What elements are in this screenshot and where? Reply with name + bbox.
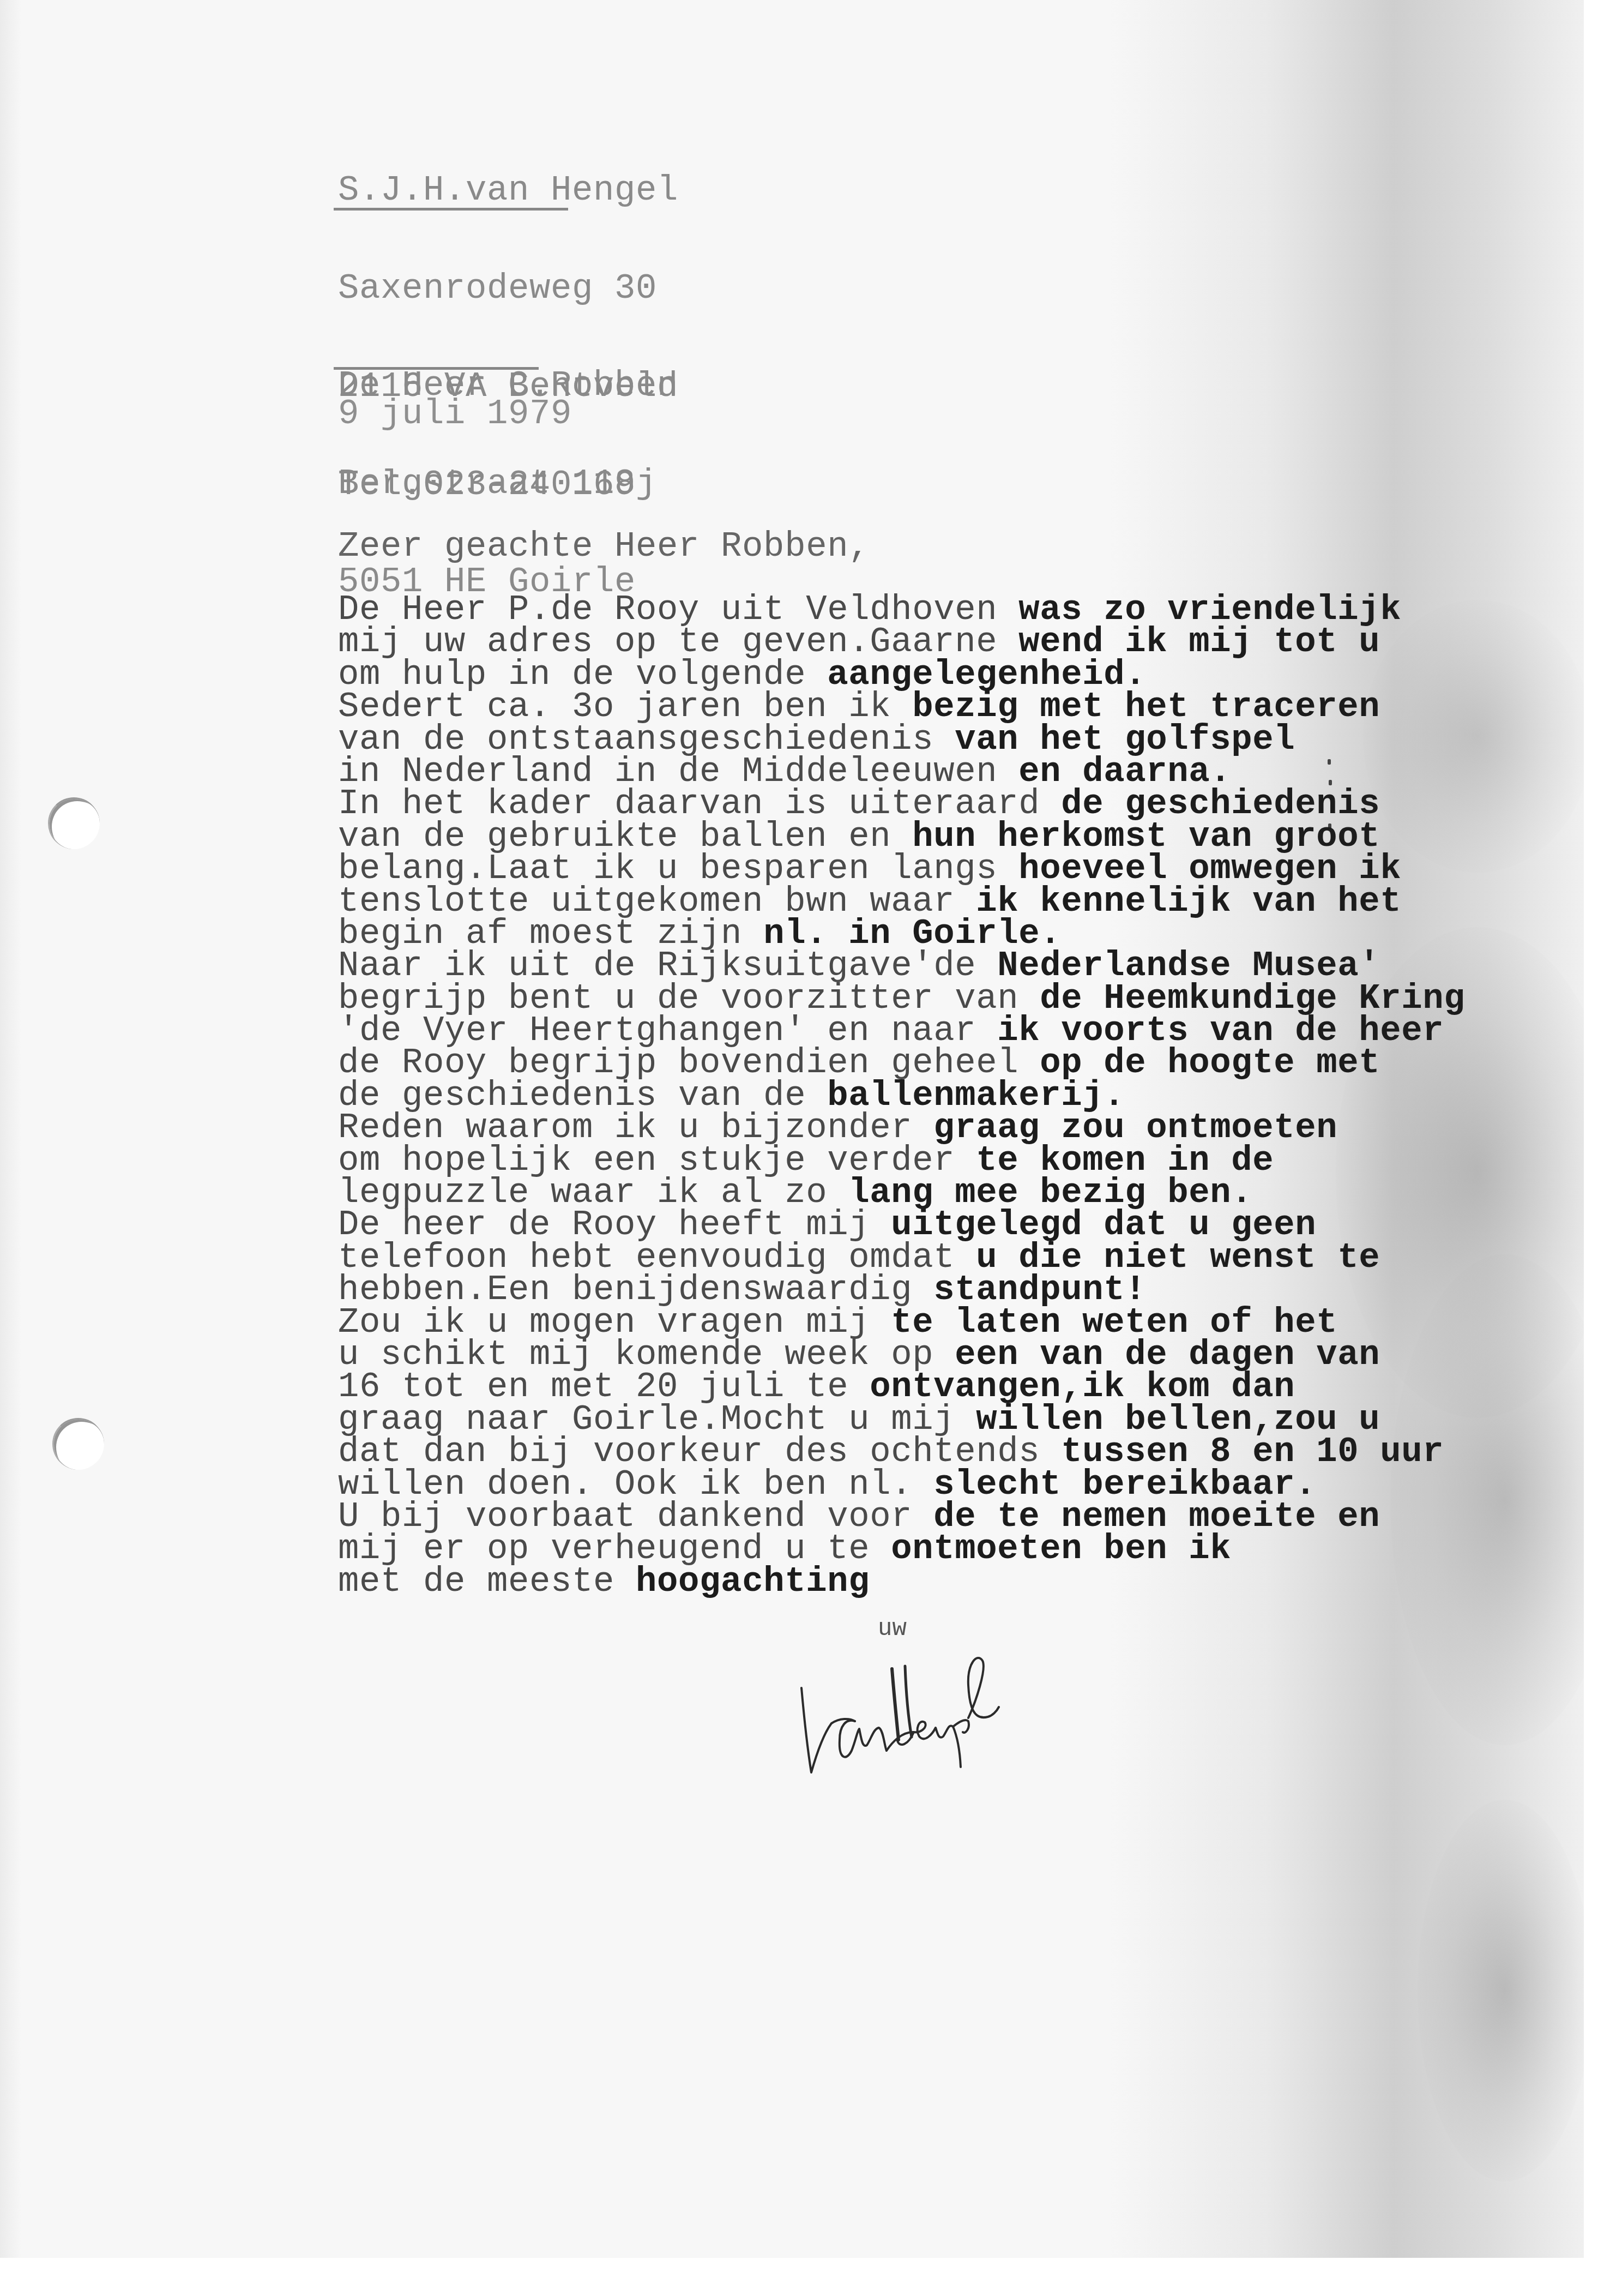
body-line: legpuzzle waar ik al zo lang mee bezig b… <box>338 1177 1465 1210</box>
body-line: Naar ik uit de Rijksuitgave'de Nederland… <box>338 951 1465 983</box>
body-line: van de ontstaansgeschiedenis van het gol… <box>338 724 1465 756</box>
body-line: de Rooy begrijp bovendien geheel op de h… <box>338 1048 1465 1080</box>
body-line: mij uw adres op te geven.Gaarne wend ik … <box>338 627 1465 659</box>
body-line: mij er op verheugend u te ontmoeten ben … <box>338 1534 1465 1566</box>
body-line: hebben.Een benijdenswaardig standpunt! <box>338 1275 1465 1307</box>
recipient-divider <box>334 367 539 370</box>
body-line: Zou ik u mogen vragen mij te laten weten… <box>338 1307 1465 1339</box>
body-line: u schikt mij komende week op een van de … <box>338 1339 1465 1372</box>
body-line: Sedert ca. 3o jaren ben ik bezig met het… <box>338 692 1465 724</box>
sender-divider <box>334 208 568 211</box>
handwritten-signature <box>785 1636 1014 1789</box>
body-line: In het kader daarvan is uiteraard de ges… <box>338 789 1465 821</box>
body-line: de geschiedenis van de ballenmakerij. <box>338 1080 1465 1113</box>
body-line: begrijp bent u de voorzitter van de Heem… <box>338 983 1465 1015</box>
salutation: Zeer geachte Heer Robben, <box>338 531 870 563</box>
body-line: in Nederland in de Middeleeuwen en daarn… <box>338 756 1465 789</box>
body-line: De heer de Rooy heeft mij uitgelegd dat … <box>338 1210 1465 1242</box>
body-line: 16 tot en met 20 juli te ontvangen,ik ko… <box>338 1372 1465 1404</box>
recipient-street: Bergstraat 118j <box>338 468 678 501</box>
body-line: Reden waarom ik u bijzonder graag zou on… <box>338 1113 1465 1145</box>
letter-body: De Heer P.de Rooy uit Veldhoven was zo v… <box>338 594 1465 1598</box>
body-line: U bij voorbaat dankend voor de te nemen … <box>338 1501 1465 1534</box>
body-line: om hulp in de volgende aangelegenheid. <box>338 659 1465 692</box>
page-edge-shadow <box>0 0 22 2258</box>
body-line: met de meeste hoogachting <box>338 1566 1465 1598</box>
body-line: van de gebruikte ballen en hun herkomst … <box>338 821 1465 854</box>
body-line: willen doen. Ook ik ben nl. slecht berei… <box>338 1469 1465 1501</box>
letter-page: S.J.H.van Hengel Saxenrodeweg 30 2116 VA… <box>0 0 1584 2258</box>
body-line: De Heer P.de Rooy uit Veldhoven was zo v… <box>338 594 1465 627</box>
body-line: tenslotte uitgekomen bwn waar ik kenneli… <box>338 886 1465 918</box>
letter-date: 9 juli 1979 <box>338 398 572 431</box>
punch-hole-top <box>48 797 100 849</box>
scan-noise <box>1418 1800 1584 2181</box>
punch-hole-bottom <box>52 1418 104 1470</box>
body-line: dat dan bij voorkeur des ochtends tussen… <box>338 1436 1465 1469</box>
body-line: om hopelijk een stukje verder te komen i… <box>338 1145 1465 1177</box>
body-line: belang.Laat ik u besparen langs hoeveel … <box>338 854 1465 886</box>
body-line: telefoon hebt eenvoudig omdat u die niet… <box>338 1242 1465 1275</box>
body-line: graag naar Goirle.Mocht u mij willen bel… <box>338 1404 1465 1436</box>
sender-street: Saxenrodeweg 30 <box>338 273 678 305</box>
sender-name: S.J.H.van Hengel <box>338 175 678 207</box>
body-line: 'de Vyer Heertghangen' en naar ik voorts… <box>338 1015 1465 1048</box>
body-line: begin af moest zijn nl. in Goirle. <box>338 918 1465 951</box>
